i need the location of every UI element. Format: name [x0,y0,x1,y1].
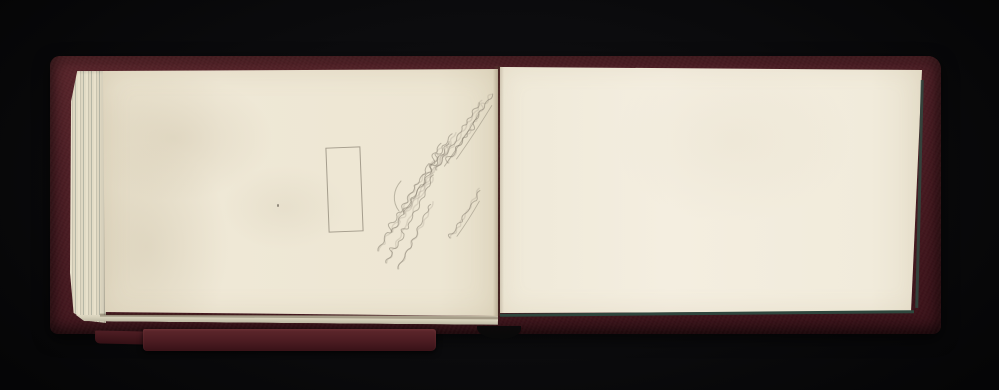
pencil-handwriting [0,0,999,390]
photograph [0,0,999,390]
